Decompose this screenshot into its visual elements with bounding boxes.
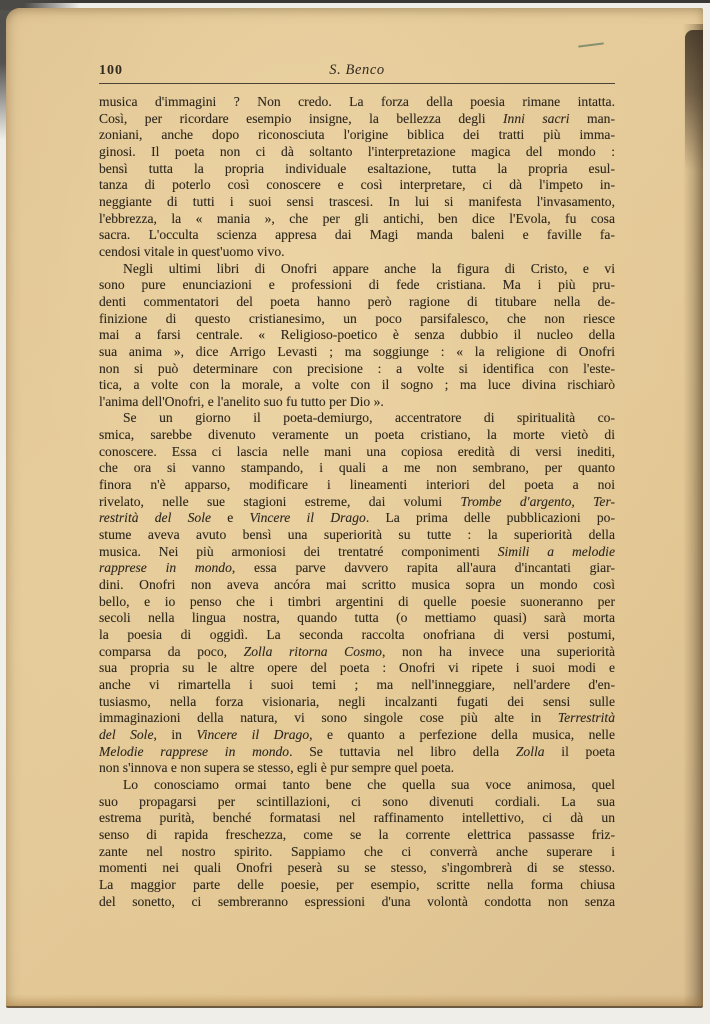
book-page: 100 S. Benco musica d'immagini ? Non cre… — [6, 8, 703, 1008]
page-content: 100 S. Benco musica d'immagini ? Non cre… — [99, 57, 615, 910]
text-line: rapprese in mondo, essa parve davvero ra… — [99, 560, 615, 577]
text-line: Negli ultimi libri di Onofri appare anch… — [99, 261, 615, 278]
text-line: tica, a volte con la morale, a volte con… — [99, 377, 615, 394]
text-line: restrità del Sole e Vincere il Drago. La… — [99, 510, 615, 527]
text-line: comparsa da poco, Zolla ritorna Cosmo, n… — [99, 644, 615, 661]
paragraph: Negli ultimi libri di Onofri appare anch… — [99, 261, 615, 411]
text-line: dini. Onofri non aveva ancóra mai scritt… — [99, 577, 615, 594]
text-line: sua propria su le altre opere del poeta … — [99, 660, 615, 677]
text-line: senso di rapida freschezza, come se la c… — [99, 827, 615, 844]
page-body: musica d'immagini ? Non credo. La forza … — [99, 94, 615, 910]
text-line: suo propagarsi per scintillazioni, ci so… — [99, 794, 615, 811]
text-line: sacra. L'occulta scienza appresa dai Mag… — [99, 227, 615, 244]
scan-top-edge — [0, 0, 710, 3]
text-line: zante nel nostro spirito. Sappiamo che c… — [99, 844, 615, 861]
page-right-edge-shadow — [683, 24, 703, 1006]
page-bottom-shadow — [6, 994, 703, 1006]
page-right-top-shadow — [685, 30, 703, 170]
text-line: finora n'è apparso, modificare i lineame… — [99, 477, 615, 494]
text-line: che ora si vanno stampando, i quali a me… — [99, 460, 615, 477]
text-line: Così, per ricordare esempio insigne, la … — [99, 111, 615, 128]
text-line: bello, e io penso che i timbri argentini… — [99, 594, 615, 611]
text-line: del Sole, in Vincere il Drago, e quanto … — [99, 727, 615, 744]
text-line: cendosi vitale in quest'uomo vivo. — [99, 244, 615, 261]
text-line: rivelato, nelle sue stagioni estreme, da… — [99, 494, 615, 511]
text-line: Melodie rapprese in mondo. Se tuttavia n… — [99, 744, 615, 761]
scanned-page: 100 S. Benco musica d'immagini ? Non cre… — [0, 0, 710, 1024]
text-line: immaginazioni della natura, vi sono sing… — [99, 710, 615, 727]
paragraph: Se un giorno il poeta-demiurgo, accentra… — [99, 410, 615, 776]
text-line: La maggior parte delle poesie, per esemp… — [99, 877, 615, 894]
pencil-mark — [578, 42, 604, 47]
paragraph: Lo conosciamo ormai tanto bene che quell… — [99, 777, 615, 910]
text-line: del sonetto, ci sembreranno espressioni … — [99, 894, 615, 911]
text-line: l'ebbrezza, la « mania », che per gli an… — [99, 211, 615, 228]
text-line: Lo conosciamo ormai tanto bene che quell… — [99, 777, 615, 794]
text-line: smica, sarebbe divenuto veramente un poe… — [99, 427, 615, 444]
text-line: stume aveva avuto bensì una superiorità … — [99, 527, 615, 544]
paragraph: musica d'immagini ? Non credo. La forza … — [99, 94, 615, 261]
page-header: 100 S. Benco — [99, 57, 615, 79]
text-line: la poesia di oggidì. La seconda raccolta… — [99, 627, 615, 644]
text-line: mai a farsi centrale. « Religioso-poetic… — [99, 327, 615, 344]
running-head: S. Benco — [99, 62, 615, 79]
text-line: neggiante di tutti i suoi sensi trascesi… — [99, 194, 615, 211]
text-line: sua anima », dice Arrigo Levasti ; ma so… — [99, 344, 615, 361]
text-line: sono pure enunciazioni e professioni di … — [99, 277, 615, 294]
text-line: momenti nei quali Onofri peserà su se st… — [99, 860, 615, 877]
text-line: non s'innova e non supera se stesso, egl… — [99, 760, 615, 777]
text-line: tusiasmo, nella forza visionaria, negli … — [99, 694, 615, 711]
text-line: bensì tutta la propria individuale esalt… — [99, 161, 615, 178]
text-line: secoli nella lingua nostra, quando tutta… — [99, 610, 615, 627]
text-line: denti commentatori del poeta hanno però … — [99, 294, 615, 311]
text-line: tanza di poterlo così conoscere e così i… — [99, 177, 615, 194]
text-line: conoscere. Essa ci lascia nelle mani una… — [99, 444, 615, 461]
text-line: zoniani, anche dopo riconosciuta l'origi… — [99, 127, 615, 144]
text-line: anche vi rimartella i suoi temi ; ma nel… — [99, 677, 615, 694]
text-line: finizione di questo cristianesimo, un po… — [99, 311, 615, 328]
text-line: ginosi. Il poeta non ci dà soltanto l'in… — [99, 144, 615, 161]
text-line: non si può determinare con precisione : … — [99, 361, 615, 378]
text-line: Se un giorno il poeta-demiurgo, accentra… — [99, 410, 615, 427]
text-line: musica. Nei più armoniosi dei trentatré … — [99, 544, 615, 561]
text-line: musica d'immagini ? Non credo. La forza … — [99, 94, 615, 111]
header-rule — [99, 83, 615, 84]
text-line: estrema purità, benché formatasi nel raf… — [99, 810, 615, 827]
text-line: l'anima dell'Onofri, e l'anelito suo fu … — [99, 394, 615, 411]
